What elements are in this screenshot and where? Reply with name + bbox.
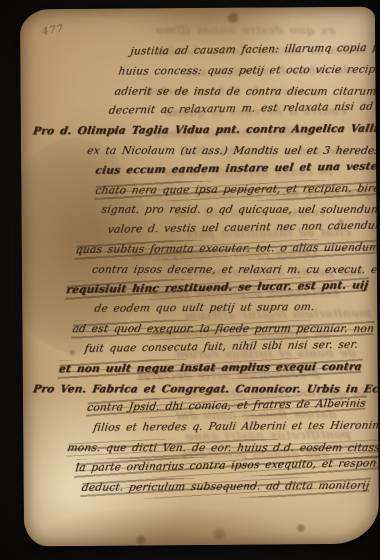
bleedthrough-line: ex quo destre annos illmo: [154, 21, 336, 41]
manuscript-text-line: et non uult neque instat amplius exequi …: [57, 357, 363, 379]
manuscript-text-line: de eodem quo uult petij ut supra om.: [93, 298, 316, 320]
manuscript-text-line: requisiuit hinc restituend. se lucar. es…: [65, 276, 370, 301]
manuscript-text-line: huius concess: quas petij et octo vicie …: [117, 60, 379, 82]
manuscript-text-line: chato nera quae ipsa pepigerat, et recip…: [94, 179, 379, 201]
manuscript-page: ex quo destre annos illmosedes ac memor …: [20, 7, 379, 547]
manuscript-text-layer: justitia ad causam facien: illarumq copi…: [30, 41, 375, 547]
manuscript-text-line: Pro d. Olimpia Taglia Vidua pnt. contra …: [31, 119, 379, 142]
manuscript-text-line: contra Jpsid. dhi comica, et fratres de …: [86, 395, 367, 419]
manuscript-text-line: justitia ad causam facien: illarumq copi…: [129, 38, 379, 62]
manuscript-text-line: filios et heredes q. Pauli Alberini et t…: [92, 417, 379, 439]
manuscript-text-line: valore d. vestis uel cauerint nec non ca…: [106, 216, 379, 241]
manuscript-text-line: decernit ac relaxarum m. est relaxata ni…: [107, 98, 379, 122]
folio-number: 477: [41, 24, 64, 38]
manuscript-text-line: quas subtus formata executar. tot. o ali…: [74, 239, 379, 261]
manuscript-text-line: la parte ordinarius contra ipsos exequit…: [74, 454, 379, 479]
photograph-background: ex quo destre annos illmosedes ac memor …: [0, 0, 380, 560]
manuscript-text-line: fuit quae consecuta fuit, nihil sibi nis…: [83, 336, 359, 360]
manuscript-text-line: deduct. periculum subsequend. ad dicta m…: [80, 476, 371, 498]
